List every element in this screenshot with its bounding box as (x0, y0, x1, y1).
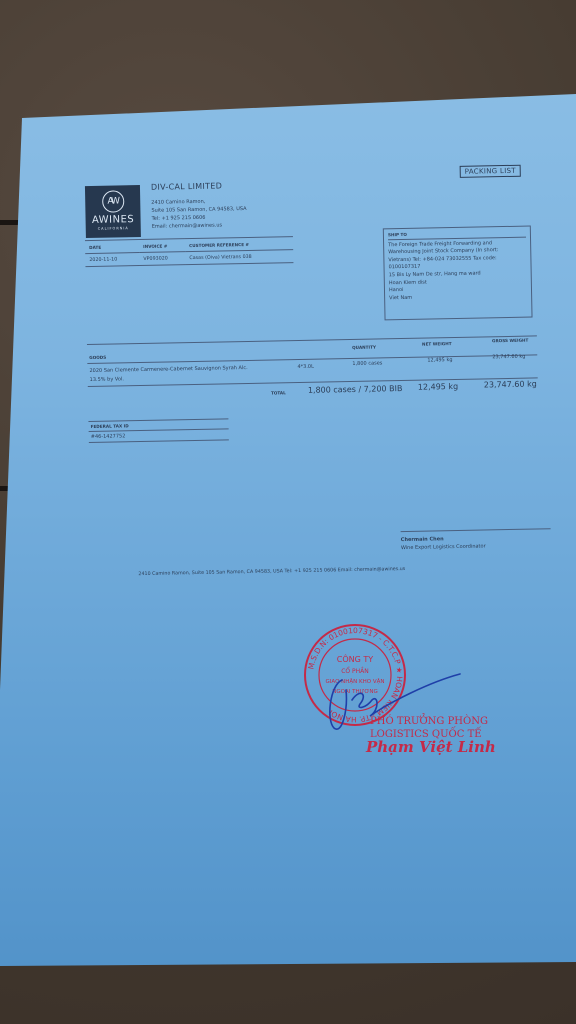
goods-gross-weight: 23,747.60 kg (492, 354, 525, 361)
company-logo: AW AWINES CALIFORNIA (85, 185, 141, 238)
signer-block: Chermain Chen Wine Export Logistics Coor… (401, 528, 551, 552)
date-value: 2020-11-10 (85, 253, 139, 267)
goods-header: GOODS (89, 355, 106, 360)
federal-tax-value: #46-1427752 (89, 429, 229, 443)
customer-ref-value: Casas (Oiva) Vietrans 038 (185, 250, 293, 265)
total-net-weight: 12,495 kg (418, 382, 458, 392)
signer-title: Wine Export Logistics Coordinator (401, 541, 551, 552)
invoice-meta-table: DATE INVOICE # CUSTOMER REFERENCE # 2020… (85, 236, 293, 267)
goods-net-weight: 12,495 kg (427, 357, 452, 363)
logo-sub: CALIFORNIA (86, 225, 141, 232)
company-address: 2410 Camino Ramon, Suite 105 San Ramon, … (151, 197, 247, 231)
stamp-caption-line1: PHÓ TRƯỞNG PHÒNG (370, 715, 496, 728)
goods-description: 2020 San Clemente Carmenere-Cabernet Sau… (89, 365, 247, 374)
quantity-header: QUANTITY (352, 345, 376, 350)
footer-address: 2410 Camino Ramon, Suite 105 San Ramon, … (138, 567, 405, 577)
document-type-badge: PACKING LIST (460, 165, 521, 178)
date-header: DATE (85, 240, 139, 254)
packing-list-document: AW AWINES CALIFORNIA DIV-CAL LIMITED 241… (0, 0, 576, 1024)
goods-table: GOODS QUANTITY NET WEIGHT GROSS WEIGHT 2… (87, 335, 537, 344)
company-name: DIV-CAL LIMITED (151, 181, 222, 191)
gross-weight-header: GROSS WEIGHT (492, 338, 528, 344)
total-gross-weight: 23,747.60 kg (484, 379, 537, 389)
ship-to-box: SHIP TO The Foreign Trade Freight Forwar… (383, 226, 533, 321)
total-label: TOTAL (271, 390, 286, 395)
goods-quantity: 1,800 cases (352, 360, 382, 367)
ship-to-label: SHIP TO (388, 229, 526, 240)
goods-description-2: 13.5% by Vol. (90, 376, 124, 383)
invoice-value: VP093020 (139, 252, 185, 266)
invoice-header: INVOICE # (139, 239, 185, 253)
total-quantity: 1,800 cases / 7,200 BIB (308, 384, 403, 395)
company-email: Email: chermain@awines.us (152, 221, 247, 231)
logo-mark-icon: AW (102, 190, 124, 212)
net-weight-header: NET WEIGHT (422, 341, 452, 347)
goods-pack: 4*3.0L (297, 364, 314, 370)
logo-brand: AWINES (86, 215, 141, 226)
stamp-caption-name: Phạm Việt Linh (366, 741, 496, 754)
ship-to-line: Viet Nam (389, 292, 527, 302)
federal-tax-box: FEDERAL TAX ID #46-1427752 (88, 418, 228, 443)
stamp-caption: PHÓ TRƯỞNG PHÒNG LOGISTICS QUỐC TẾ Phạm … (370, 715, 496, 754)
